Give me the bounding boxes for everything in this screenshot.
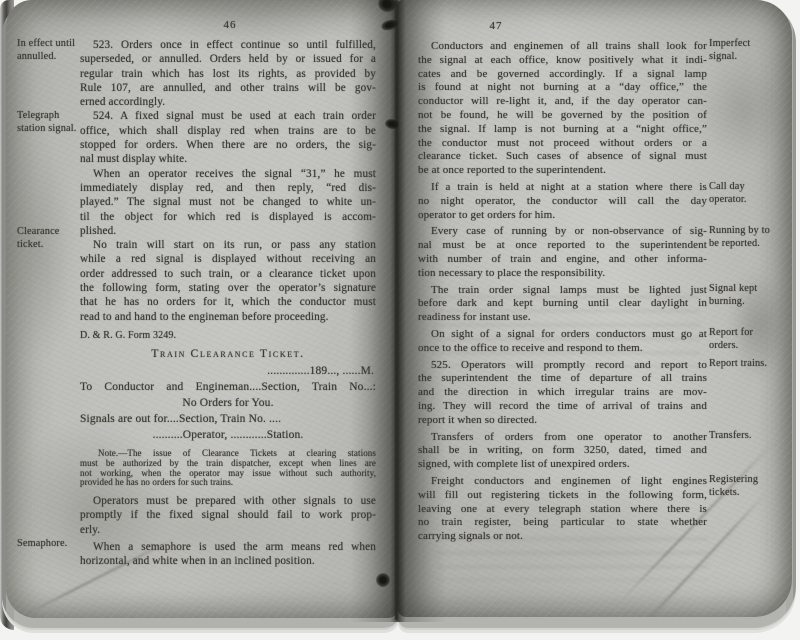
margin-note-report-for-orders: Report for orders. <box>709 327 775 353</box>
spine-line <box>395 0 398 620</box>
margin-note-signal-kept-burning: Signal kept burning. <box>709 283 775 309</box>
left-page-body: 523. Orders once in effect continue so u… <box>80 38 376 569</box>
ticket-no-orders-line: No Orders for You. <box>80 396 376 410</box>
ticket-footnote: Note.—The issue of Clearance Tickets at … <box>80 449 376 488</box>
paragraph-signal-31: When an operator receives the signal “31… <box>80 167 376 238</box>
paragraph-rule-525: 525. Operators will promptly record and … <box>418 359 707 428</box>
paragraph-other-signals: Operators must be prepared with other si… <box>80 494 376 537</box>
paragraph-rule-524: 524. A fixed signal must be used at each… <box>80 109 376 166</box>
margin-note-imperfect-signal: Imperfect signal. <box>709 38 775 64</box>
margin-note-semaphore: Semaphore. <box>17 538 79 551</box>
paper-stain <box>698 60 788 160</box>
paragraph-registering: Freight conductors and enginemen of ligh… <box>418 475 707 544</box>
paragraph-respond-to-signal: On sight of a signal for orders conducto… <box>418 328 707 356</box>
paragraph-look-for-signal: Conductors and enginemen of all trains s… <box>418 40 707 178</box>
ticket-operator-line: ..........Operator, ............Station. <box>80 428 376 442</box>
margin-note-report-trains: Report trains. <box>709 358 775 371</box>
ticket-to-line: To Conductor and Engineman....Section, T… <box>80 380 376 394</box>
ticket-date-line: ..............189..., ......M. <box>80 364 376 378</box>
margin-note-registering-tickets: Registering tickets. <box>709 474 775 500</box>
book-scan: 46 In effect until annulled. Telegraph s… <box>0 0 800 640</box>
paragraph-clearance-required: No train will start on its run, or pass … <box>80 238 376 324</box>
paragraph-lamps-burning: The train order signal lamps must be lig… <box>418 284 707 325</box>
paragraph-rule-523: 523. Orders once in effect continue so u… <box>80 38 376 109</box>
margin-note-telegraph-signal: Telegraph station signal. <box>17 110 79 136</box>
page-number-left: 46 <box>212 19 248 31</box>
margin-note-clearance-ticket: Clearance ticket. <box>17 226 79 252</box>
left-page: 46 In effect until annulled. Telegraph s… <box>6 0 398 618</box>
form-number-label: D. & R. G. Form 3249. <box>80 330 376 342</box>
margin-note-running-by: Running by to be reported. <box>709 225 775 251</box>
ticket-title: Train Clearance Ticket. <box>80 347 376 360</box>
paragraph-transfers: Transfers of orders from one operator to… <box>418 431 707 472</box>
paragraph-semaphore: When a semaphore is used the arm means r… <box>80 540 376 569</box>
ticket-signals-line: Signals are out for....Section, Train No… <box>80 412 376 426</box>
margin-note-in-effect: In effect until annulled. <box>17 38 79 64</box>
right-page: 47 Imperfect signal. Call day operator. … <box>398 0 792 617</box>
paragraph-call-day-operator: If a train is held at night at a station… <box>418 181 707 222</box>
margin-note-transfers: Transfers. <box>709 430 775 443</box>
page-number-right: 47 <box>478 20 514 32</box>
paragraph-running-by: Every case of running by or non-observan… <box>418 225 707 280</box>
margin-note-call-day-operator: Call day operator. <box>709 181 775 207</box>
right-page-body: Conductors and enginemen of all trains s… <box>418 40 707 544</box>
